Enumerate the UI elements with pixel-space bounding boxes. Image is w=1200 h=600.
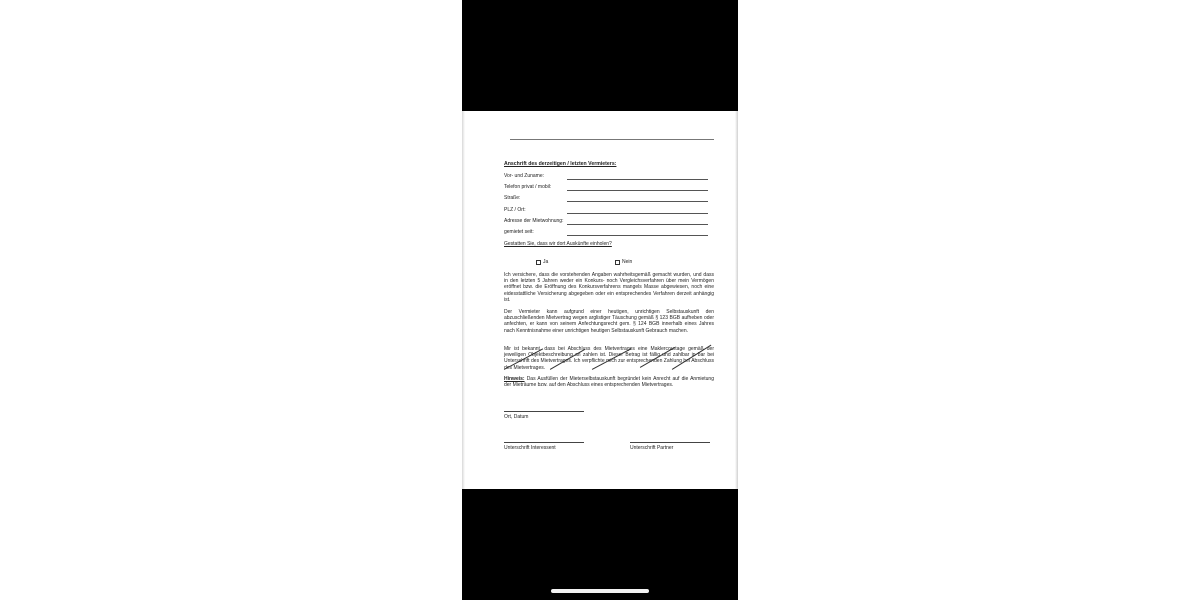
field-label: Vor- und Zuname: <box>504 173 544 179</box>
field-line <box>567 224 708 225</box>
section-title: Anschrift des derzeitigen / letzten Verm… <box>504 161 616 167</box>
field-zip-city[interactable]: PLZ / Ort: <box>504 207 714 215</box>
field-label: PLZ / Ort: <box>504 207 526 213</box>
declaration-paragraph: Ich versichere, dass die vorstehenden An… <box>504 272 714 303</box>
field-line <box>567 201 708 202</box>
permission-options: Ja Nein <box>504 259 714 267</box>
document-page[interactable]: Anschrift des derzeitigen / letzten Verm… <box>462 111 738 489</box>
checkbox-icon[interactable] <box>536 260 541 265</box>
signature-label: Ort, Datum <box>504 414 584 420</box>
top-divider <box>510 139 714 140</box>
field-line <box>567 235 708 236</box>
field-line <box>567 213 708 214</box>
hint-paragraph: Hinweis: Das Ausfüllen der Mieterselbsta… <box>504 376 714 388</box>
field-label: Adresse der Mietwohnung: <box>504 218 563 224</box>
field-street[interactable]: Straße: <box>504 195 714 203</box>
field-label: Telefon privat / mobil: <box>504 184 551 190</box>
page-edge-left <box>462 111 465 489</box>
field-name[interactable]: Vor- und Zuname: <box>504 173 714 181</box>
field-label: Straße: <box>504 195 520 201</box>
option-label: Nein <box>622 259 632 265</box>
option-label: Ja <box>543 259 548 265</box>
home-indicator[interactable] <box>551 589 649 593</box>
hint-label: Hinweis: <box>504 376 525 382</box>
option-no[interactable]: Nein <box>615 259 632 265</box>
field-line <box>567 190 708 191</box>
signature-label: Unterschrift Partner <box>630 445 710 451</box>
place-date-signature[interactable]: Ort, Datum <box>504 411 584 420</box>
field-line <box>567 179 708 180</box>
hint-text: Das Ausfüllen der Mieterselbstauskunft b… <box>504 376 714 388</box>
option-yes[interactable]: Ja <box>536 259 548 265</box>
field-phone[interactable]: Telefon privat / mobil: <box>504 184 714 192</box>
applicant-signature[interactable]: Unterschrift Interessent <box>504 442 584 451</box>
phone-screen: Anschrift des derzeitigen / letzten Verm… <box>462 0 738 600</box>
field-label: gemietet seit: <box>504 229 534 235</box>
partner-signature[interactable]: Unterschrift Partner <box>630 442 710 451</box>
contest-paragraph: Der Vermieter kann aufgrund einer heutig… <box>504 309 714 334</box>
page-edge-right <box>735 111 738 489</box>
permission-question: Gestatten Sie, dass wir dort Auskünfte e… <box>504 241 612 247</box>
field-rental-address[interactable]: Adresse der Mietwohnung: <box>504 218 714 226</box>
field-rented-since[interactable]: gemietet seit: <box>504 229 714 237</box>
checkbox-icon[interactable] <box>615 260 620 265</box>
signature-label: Unterschrift Interessent <box>504 445 584 451</box>
